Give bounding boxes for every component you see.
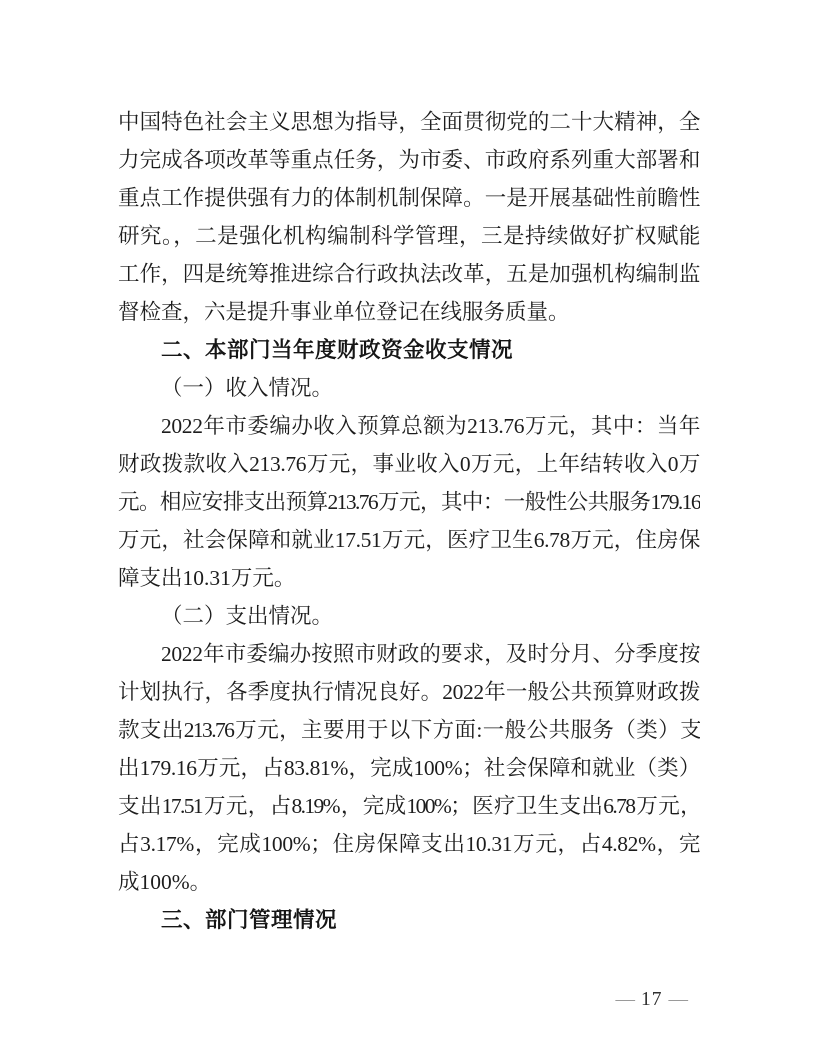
- text-line: 研究。，二是强化机构编制科学管理，三是持续做好扩权赋能: [118, 217, 700, 255]
- text-line: 款支出213.76万元，主要用于以下方面:一般公共服务（类）支: [118, 711, 700, 749]
- income-subheading: （一）收入情况。: [118, 369, 700, 407]
- expenditure-paragraph: 2022年市委编办按照市财政的要求，及时分月、分季度按 计划执行，各季度执行情况…: [118, 635, 700, 901]
- page-number: 17: [641, 989, 663, 1010]
- text-line: 支出17.51万元，占8.19%，完成100%；医疗卫生支出6.78万元，: [118, 787, 700, 825]
- section3-heading: 三、部门管理情况: [118, 901, 700, 939]
- section2-heading: 二、本部门当年度财政资金收支情况: [118, 331, 700, 369]
- text-line: 万元，社会保障和就业17.51万元，医疗卫生6.78万元，住房保: [118, 521, 700, 559]
- text-line: 出179.16万元，占83.81%，完成100%；社会保障和就业（类）: [118, 749, 700, 787]
- text-line: 2022年市委编办收入预算总额为213.76万元，其中：当年: [118, 407, 700, 445]
- page-footer: —17—: [610, 989, 695, 1011]
- text-line: 力完成各项改革等重点任务，为市委、市政府系列重大部署和: [118, 141, 700, 179]
- text-line: 督检查，六是提升事业单位登记在线服务质量。: [118, 293, 700, 331]
- text-line: 计划执行，各季度执行情况良好。2022年一般公共预算财政拨: [118, 673, 700, 711]
- footer-dash-right: —: [663, 989, 695, 1010]
- intro-paragraph: 中国特色社会主义思想为指导，全面贯彻党的二十大精神，全 力完成各项改革等重点任务…: [118, 103, 700, 331]
- text-line: 工作，四是统筹推进综合行政执法改革，五是加强机构编制监: [118, 255, 700, 293]
- text-line: 重点工作提供强有力的体制机制保障。一是开展基础性前瞻性: [118, 179, 700, 217]
- document-content: 中国特色社会主义思想为指导，全面贯彻党的二十大精神，全 力完成各项改革等重点任务…: [118, 103, 700, 939]
- footer-dash-left: —: [610, 989, 642, 1010]
- text-line: 中国特色社会主义思想为指导，全面贯彻党的二十大精神，全: [118, 103, 700, 141]
- income-paragraph: 2022年市委编办收入预算总额为213.76万元，其中：当年 财政拨款收入213…: [118, 407, 700, 597]
- text-line: 元。相应安排支出预算213.76万元，其中：一般性公共服务179.16: [118, 483, 700, 521]
- text-line: 障支出10.31万元。: [118, 559, 700, 597]
- document-page: 中国特色社会主义思想为指导，全面贯彻党的二十大精神，全 力完成各项改革等重点任务…: [0, 0, 815, 1055]
- text-line: 财政拨款收入213.76万元，事业收入0万元，上年结转收入0万: [118, 445, 700, 483]
- text-line: 2022年市委编办按照市财政的要求，及时分月、分季度按: [118, 635, 700, 673]
- text-line: 占3.17%，完成100%；住房保障支出10.31万元，占4.82%，完: [118, 825, 700, 863]
- expenditure-subheading: （二）支出情况。: [118, 597, 700, 635]
- text-line: 成100%。: [118, 863, 700, 901]
